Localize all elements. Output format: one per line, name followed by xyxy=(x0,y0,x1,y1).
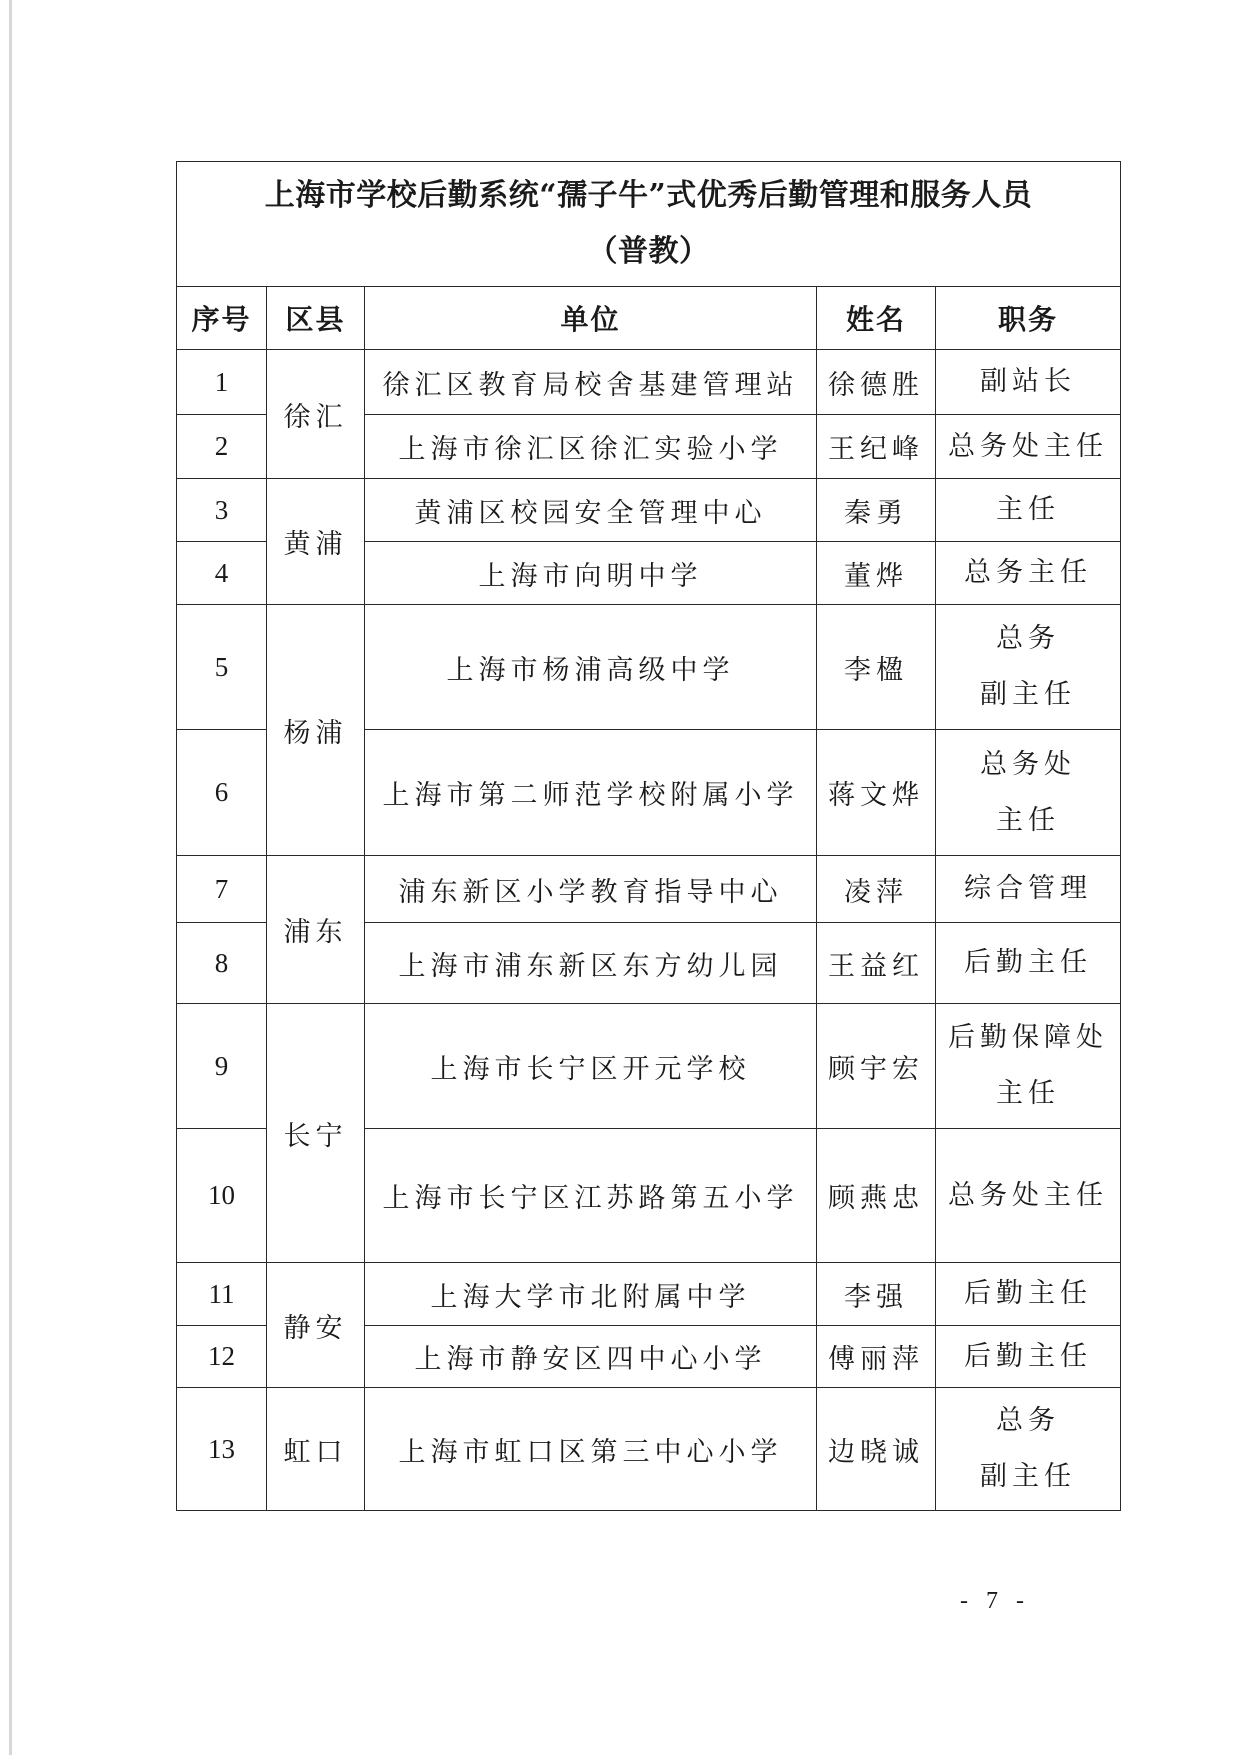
title-line-2: （普教） xyxy=(177,224,1120,280)
roster-sheet: 上海市学校后勤系统“孺子牛”式优秀后勤管理和服务人员 （普教） 序号 区县 单位… xyxy=(176,161,1120,1511)
row-number: 4 xyxy=(177,542,267,605)
row-number: 9 xyxy=(177,1004,267,1129)
name-cell: 王益红 xyxy=(817,923,936,1004)
role-cell: 总务处主任 xyxy=(936,415,1121,479)
role-line: 总务 xyxy=(936,1393,1120,1449)
table-row: 1 徐汇 徐汇区教育局校舍基建管理站 徐德胜 副站长 xyxy=(177,350,1121,415)
role-line: 总务处 xyxy=(936,737,1120,793)
role-line: 后勤主任 xyxy=(936,935,1120,991)
header-district: 区县 xyxy=(267,287,365,350)
district-cell: 黄浦 xyxy=(267,479,365,605)
role-line: 后勤保障处 xyxy=(936,1010,1120,1066)
name-cell: 傅丽萍 xyxy=(817,1326,936,1388)
header-role: 职务 xyxy=(936,287,1121,350)
role-line: 副主任 xyxy=(936,667,1120,723)
unit-cell: 上海市浦东新区东方幼儿园 xyxy=(365,923,817,1004)
scan-margin-line xyxy=(9,0,12,1755)
role-cell: 后勤保障处 主任 xyxy=(936,1004,1121,1129)
name-cell: 边晓诚 xyxy=(817,1388,936,1511)
unit-cell: 上海市向明中学 xyxy=(365,542,817,605)
unit-cell: 上海市长宁区江苏路第五小学 xyxy=(365,1129,817,1263)
role-cell: 后勤主任 xyxy=(936,1263,1121,1326)
name-cell: 王纪峰 xyxy=(817,415,936,479)
unit-cell: 上海市虹口区第三中心小学 xyxy=(365,1388,817,1511)
role-cell: 总务 副主任 xyxy=(936,1388,1121,1511)
name-cell: 凌萍 xyxy=(817,856,936,923)
role-line: 副主任 xyxy=(936,1449,1120,1505)
role-line: 综合管理 xyxy=(936,861,1120,917)
district-cell: 静安 xyxy=(267,1263,365,1388)
unit-cell: 上海市第二师范学校附属小学 xyxy=(365,730,817,856)
role-line: 副站长 xyxy=(936,354,1120,410)
table-row: 7 浦东 浦东新区小学教育指导中心 凌萍 综合管理 xyxy=(177,856,1121,923)
table-row: 9 长宁 上海市长宁区开元学校 顾宇宏 后勤保障处 主任 xyxy=(177,1004,1121,1129)
role-cell: 总务主任 xyxy=(936,542,1121,605)
name-cell: 徐德胜 xyxy=(817,350,936,415)
row-number: 10 xyxy=(177,1129,267,1263)
role-line: 总务处主任 xyxy=(936,1168,1120,1224)
page-number: - 7 - xyxy=(955,1588,1035,1615)
name-cell: 顾燕忠 xyxy=(817,1129,936,1263)
name-cell: 李楹 xyxy=(817,605,936,730)
role-line: 总务处主任 xyxy=(936,419,1120,475)
title-row: 上海市学校后勤系统“孺子牛”式优秀后勤管理和服务人员 （普教） xyxy=(177,162,1121,287)
row-number: 2 xyxy=(177,415,267,479)
header-no: 序号 xyxy=(177,287,267,350)
table-row: 5 杨浦 上海市杨浦高级中学 李楹 总务 副主任 xyxy=(177,605,1121,730)
header-row: 序号 区县 单位 姓名 职务 xyxy=(177,287,1121,350)
table-title: 上海市学校后勤系统“孺子牛”式优秀后勤管理和服务人员 （普教） xyxy=(177,162,1121,287)
table-row: 3 黄浦 黄浦区校园安全管理中心 秦勇 主任 xyxy=(177,479,1121,542)
table-row: 11 静安 上海大学市北附属中学 李强 后勤主任 xyxy=(177,1263,1121,1326)
role-cell: 总务处 主任 xyxy=(936,730,1121,856)
row-number: 1 xyxy=(177,350,267,415)
role-cell: 总务 副主任 xyxy=(936,605,1121,730)
row-number: 6 xyxy=(177,730,267,856)
unit-cell: 浦东新区小学教育指导中心 xyxy=(365,856,817,923)
district-cell: 杨浦 xyxy=(267,605,365,856)
unit-cell: 黄浦区校园安全管理中心 xyxy=(365,479,817,542)
role-line: 后勤主任 xyxy=(936,1329,1120,1385)
unit-cell: 上海市静安区四中心小学 xyxy=(365,1326,817,1388)
row-number: 12 xyxy=(177,1326,267,1388)
role-cell: 总务处主任 xyxy=(936,1129,1121,1263)
role-cell: 后勤主任 xyxy=(936,923,1121,1004)
header-name: 姓名 xyxy=(817,287,936,350)
role-cell: 主任 xyxy=(936,479,1121,542)
unit-cell: 徐汇区教育局校舍基建管理站 xyxy=(365,350,817,415)
role-cell: 后勤主任 xyxy=(936,1326,1121,1388)
table-row: 13 虹口 上海市虹口区第三中心小学 边晓诚 总务 副主任 xyxy=(177,1388,1121,1511)
unit-cell: 上海市杨浦高级中学 xyxy=(365,605,817,730)
role-line: 主任 xyxy=(936,1066,1120,1122)
row-number: 7 xyxy=(177,856,267,923)
name-cell: 蒋文烨 xyxy=(817,730,936,856)
row-number: 3 xyxy=(177,479,267,542)
row-number: 13 xyxy=(177,1388,267,1511)
row-number: 5 xyxy=(177,605,267,730)
role-line: 主任 xyxy=(936,793,1120,849)
name-cell: 秦勇 xyxy=(817,479,936,542)
district-cell: 长宁 xyxy=(267,1004,365,1263)
name-cell: 顾宇宏 xyxy=(817,1004,936,1129)
district-cell: 浦东 xyxy=(267,856,365,1004)
role-line: 总务 xyxy=(936,611,1120,667)
role-line: 后勤主任 xyxy=(936,1266,1120,1322)
row-number: 11 xyxy=(177,1263,267,1326)
title-line-1: 上海市学校后勤系统“孺子牛”式优秀后勤管理和服务人员 xyxy=(177,168,1120,224)
district-cell: 徐汇 xyxy=(267,350,365,479)
role-line: 总务主任 xyxy=(936,545,1120,601)
header-unit: 单位 xyxy=(365,287,817,350)
role-cell: 综合管理 xyxy=(936,856,1121,923)
role-line: 主任 xyxy=(936,482,1120,538)
role-cell: 副站长 xyxy=(936,350,1121,415)
name-cell: 李强 xyxy=(817,1263,936,1326)
roster-table: 上海市学校后勤系统“孺子牛”式优秀后勤管理和服务人员 （普教） 序号 区县 单位… xyxy=(176,161,1121,1511)
unit-cell: 上海大学市北附属中学 xyxy=(365,1263,817,1326)
unit-cell: 上海市长宁区开元学校 xyxy=(365,1004,817,1129)
unit-cell: 上海市徐汇区徐汇实验小学 xyxy=(365,415,817,479)
name-cell: 董烨 xyxy=(817,542,936,605)
row-number: 8 xyxy=(177,923,267,1004)
district-cell: 虹口 xyxy=(267,1388,365,1511)
